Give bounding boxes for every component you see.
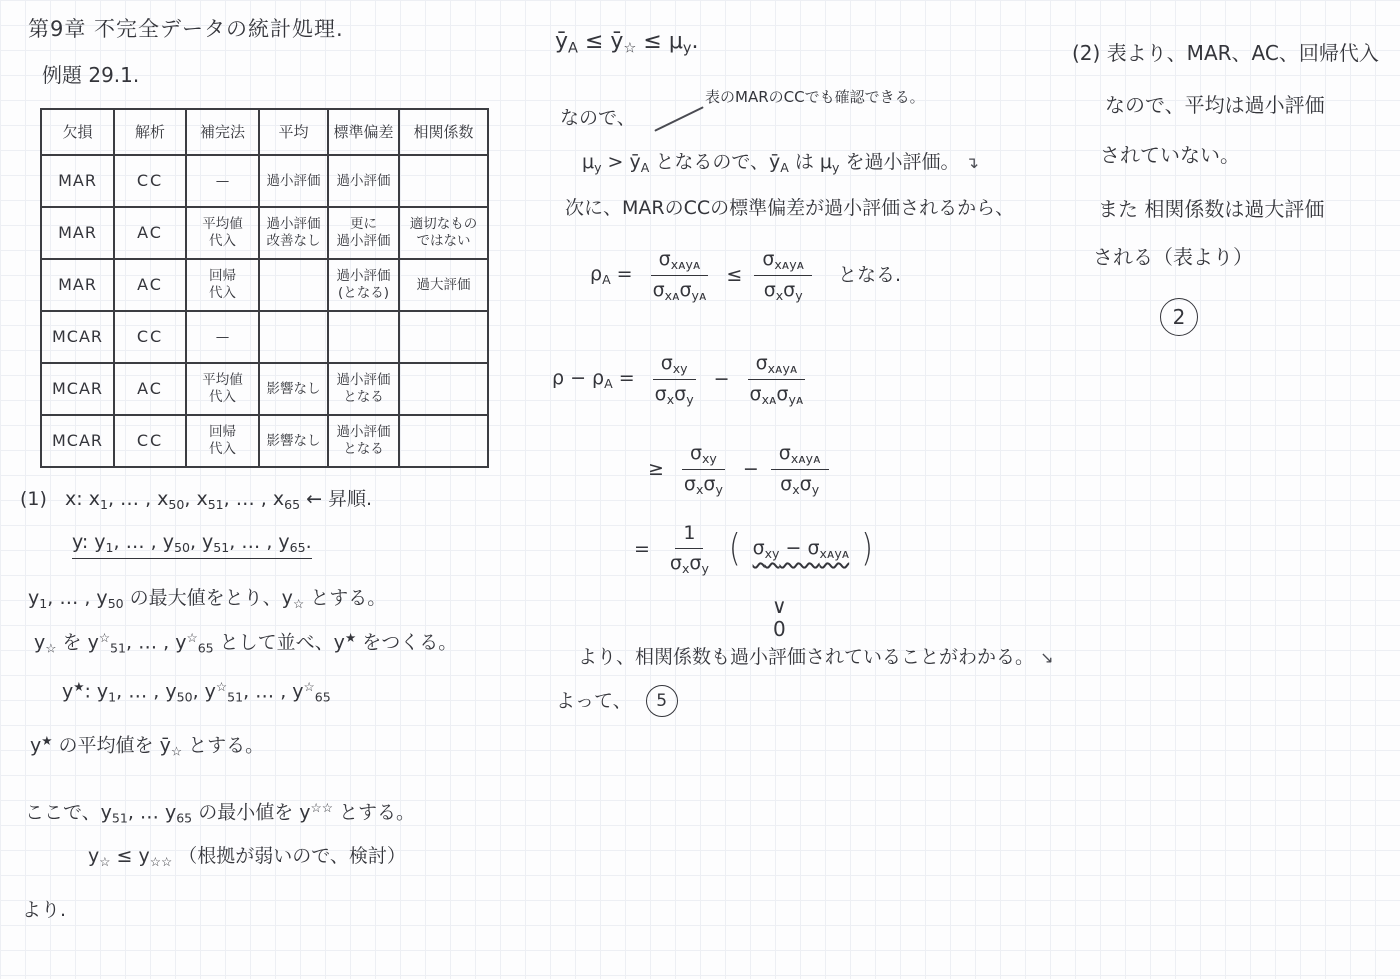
table-cell [399, 311, 488, 363]
diff1-operator: − [714, 367, 730, 392]
table-cell: 影響なし [259, 415, 328, 467]
margin-note-mar-cc: 表のMARのCCでも確認できる。 [705, 88, 925, 108]
table-cell: 過小評価 [328, 155, 399, 207]
table-cell: 過小評価 となる [328, 415, 399, 467]
table-header-cell: 解析 [114, 109, 186, 155]
table-header-cell: 標準偏差 [328, 109, 399, 155]
line-next-std: 次に、MARのCCの標準偏差が過小評価されるから、 [565, 196, 1014, 221]
table-row: MARCC—過小評価過小評価 [41, 155, 488, 207]
table-cell: 平均値 代入 [186, 363, 259, 415]
table-cell [259, 259, 328, 311]
diff2-lhs: ≥ [648, 457, 664, 482]
line-y-sequence: y: y1, … , y50, y51, … , y65. [72, 530, 312, 556]
diff2-operator: − [743, 457, 759, 482]
fraction-numerator: σxᴀyᴀ [754, 248, 812, 276]
line-yori: より. [22, 898, 66, 923]
annotation-arrow [654, 106, 703, 131]
line-x-sequence: (1) x: x1, … , x50, x51, … , x65 ← 昇順. [20, 487, 372, 513]
item-1-label: (1) [20, 488, 47, 510]
table-cell [399, 415, 488, 467]
greater-than-symbol: ∨ [772, 596, 787, 616]
table-cell: CC [114, 155, 186, 207]
fraction-denominator: σxσy [676, 470, 731, 497]
fraction: σxᴀyᴀ σxᴀσyᴀ [645, 248, 715, 303]
correlation-conclusion-text: より、相関係数も過小評価されていることがわかる。 [578, 646, 1034, 668]
fraction-numerator: σxy [682, 442, 725, 470]
fraction-numerator: 1 [675, 522, 703, 549]
fraction-denominator: σxσy [772, 470, 827, 497]
line-underestimate-mean: μy > ȳA となるので、ȳA は μy を過小評価。 ↴ [582, 150, 979, 176]
yotte-text: よって、 [556, 689, 632, 714]
fraction-numerator: σxy [653, 352, 696, 380]
table-cell: 回帰 代入 [186, 415, 259, 467]
example-number: 例題 29.1. [42, 62, 139, 88]
table-cell: 過小評価 となる [328, 363, 399, 415]
table-cell: CC [114, 311, 186, 363]
table-cell: 回帰 代入 [186, 259, 259, 311]
line-max-value: y1, … , y50 の最大値をとり、y☆ とする。 [28, 586, 386, 612]
rho-difference-bound-formula: ≥ σxy σxσy − σxᴀyᴀ σxσy [648, 442, 829, 497]
line-answer-1: よって、 5 [556, 685, 678, 717]
page-title: 第9章 不完全データの統計処理. [28, 16, 344, 43]
factored-formula: = 1 σxσy ( σxy − σxᴀyᴀ ) [634, 522, 873, 576]
table-row: MARAC回帰 代入過小評価 (となる)過大評価 [41, 259, 488, 311]
mean-inequality-formula: ȳA ≤ ȳ☆ ≤ μy. [555, 28, 698, 59]
table-cell: AC [114, 259, 186, 311]
open-paren: ( [729, 525, 741, 574]
table-header-row: 欠損解析補完法平均標準偏差相関係数 [41, 109, 488, 155]
line-mean-of-ystar: y★ の平均値を ȳ☆ とする。 [30, 733, 264, 760]
rhoA-relation: ≤ [726, 263, 742, 288]
table-row: MCARAC平均値 代入影響なし過小評価 となる [41, 363, 488, 415]
fraction-denominator: σxσy [662, 549, 717, 576]
hook-arrow-icon: ↘ [1040, 648, 1053, 667]
underestimate-mean-text: μy > ȳA となるので、ȳA は μy を過小評価。 [582, 151, 959, 173]
rho-difference-formula: ρ − ρA = σxy σxσy − σxᴀyᴀ σxᴀσyᴀ [552, 352, 811, 407]
table-cell [328, 311, 399, 363]
line-star-inequality: y☆ ≤ y☆☆ （根拠が弱いので、検討） [88, 844, 406, 870]
line-min-value: ここで、y51, … y65 の最小値を y☆☆ とする。 [25, 800, 415, 827]
imputation-table: 欠損解析補完法平均標準偏差相関係数MARCC—過小評価過小評価MARAC平均値 … [40, 108, 489, 468]
table-header-cell: 補完法 [186, 109, 259, 155]
fraction-denominator: σxᴀσyᴀ [645, 276, 715, 303]
diff3-lhs: = [634, 537, 650, 562]
table-cell: AC [114, 363, 186, 415]
line-correlation-conclusion: より、相関係数も過小評価されていることがわかる。 ↘ [578, 645, 1053, 670]
close-paren: ) [861, 525, 873, 574]
rho-a-inequality-formula: ρA = σxᴀyᴀ σxᴀσyᴀ ≤ σxᴀyᴀ σxσy となる. [590, 248, 901, 303]
table-cell [399, 155, 488, 207]
greater-than-zero: ∨ 0 [772, 596, 787, 639]
table-cell: 過大評価 [399, 259, 488, 311]
fraction-numerator: σxᴀyᴀ [651, 248, 709, 276]
y-sequence-text: y: y1, … , y50, y51, … , y65. [72, 531, 312, 559]
fraction: σxy σxσy [647, 352, 702, 407]
fraction-denominator: σxᴀσyᴀ [742, 380, 812, 407]
line-answer-2: 2 [1160, 298, 1198, 336]
line-part2-intro: (2) 表より、MAR、AC、回帰代入 [1072, 40, 1379, 66]
fraction-numerator: σxᴀyᴀ [748, 352, 806, 380]
table-cell: 更に 過小評価 [328, 207, 399, 259]
table-cell: 過小評価 (となる) [328, 259, 399, 311]
table-cell: 影響なし [259, 363, 328, 415]
table-cell: CC [114, 415, 186, 467]
line-arrange-series: y☆ を y☆51, … , y☆65 として並べ、y★ をつくる。 [34, 630, 457, 657]
table-cell: MAR [41, 155, 114, 207]
rhoA-tail: となる. [838, 263, 901, 288]
fraction-denominator: σxσy [647, 380, 702, 407]
table-cell: MAR [41, 207, 114, 259]
line-naode: なので、 [560, 106, 636, 131]
fraction: σxᴀyᴀ σxσy [771, 442, 829, 497]
rhoA-lhs: ρA = [590, 262, 633, 288]
table-row: MCARCC— [41, 311, 488, 363]
line-part2-correlation-2: される（表より） [1093, 244, 1253, 270]
table-row: MARAC平均値 代入過小評価 改善なし更に 過小評価適切なもの ではない [41, 207, 488, 259]
table-cell: — [186, 155, 259, 207]
table-cell: MCAR [41, 363, 114, 415]
table-row: MCARCC回帰 代入影響なし過小評価 となる [41, 415, 488, 467]
hook-arrow-icon: ↴ [966, 153, 979, 172]
zero-value: 0 [773, 619, 786, 639]
line-part2-mean-1: なので、平均は過小評価 [1105, 92, 1325, 118]
line-part2-correlation-1: また 相関係数は過大評価 [1098, 196, 1324, 222]
fraction: σxy σxσy [676, 442, 731, 497]
notebook-page: 第9章 不完全データの統計処理. 例題 29.1. 欠損解析補完法平均標準偏差相… [0, 0, 1400, 979]
answer-badge-2: 2 [1160, 298, 1198, 336]
table-header-cell: 欠損 [41, 109, 114, 155]
table-cell: MCAR [41, 311, 114, 363]
line-ystar-series: y★: y1, … , y50, y☆51, … , y☆65 [62, 679, 331, 706]
table-header-cell: 相関係数 [399, 109, 488, 155]
table-header-cell: 平均 [259, 109, 328, 155]
x-sequence-text: x: x1, … , x50, x51, … , x65 ← 昇順. [65, 488, 372, 510]
table-cell: AC [114, 207, 186, 259]
table-cell: 過小評価 [259, 155, 328, 207]
table-cell: 過小評価 改善なし [259, 207, 328, 259]
line-part2-mean-2: されていない。 [1100, 142, 1240, 168]
covariance-difference: σxy − σxᴀyᴀ [753, 536, 850, 562]
fraction: σxᴀyᴀ σxσy [754, 248, 812, 303]
fraction-denominator: σxσy [756, 276, 811, 303]
diff1-lhs: ρ − ρA = [552, 366, 635, 392]
fraction: 1 σxσy [662, 522, 717, 576]
fraction: σxᴀyᴀ σxᴀσyᴀ [742, 352, 812, 407]
table-cell: MAR [41, 259, 114, 311]
answer-badge-5: 5 [646, 685, 678, 717]
fraction-numerator: σxᴀyᴀ [771, 442, 829, 470]
table-cell [259, 311, 328, 363]
table-cell [399, 363, 488, 415]
table-cell: 適切なもの ではない [399, 207, 488, 259]
table-cell: — [186, 311, 259, 363]
table-cell: 平均値 代入 [186, 207, 259, 259]
table-cell: MCAR [41, 415, 114, 467]
